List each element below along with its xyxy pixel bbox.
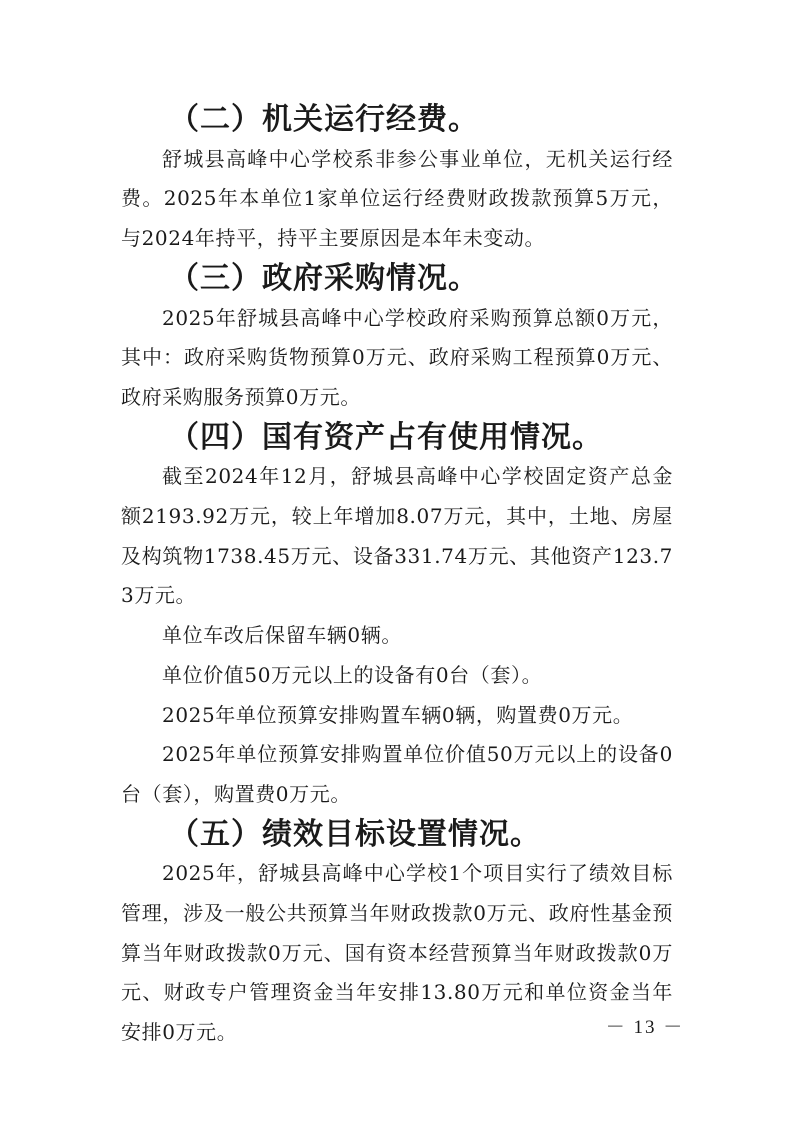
section-heading-state-assets: （四）国有资产占有使用情况。 [121,418,673,458]
section-heading-agency-operating-costs: （二）机关运行经费。 [121,100,673,140]
page-number: － 13 － [600,1012,690,1039]
paragraph: 舒城县高峰中心学校系非参公事业单位，无机关运行经费。2025年本单位1家单位运行… [121,140,673,259]
paragraph: 2025年单位预算安排购置单位价值50万元以上的设备0台（套），购置费0万元。 [121,735,673,814]
paragraph: 单位价值50万元以上的设备有0台（套）。 [121,656,673,696]
paragraph: 单位车改后保留车辆0辆。 [121,616,673,656]
section-heading-performance-goals: （五）绩效目标设置情况。 [121,815,673,855]
paragraph: 2025年单位预算安排购置车辆0辆，购置费0万元。 [121,696,673,736]
paragraph: 截至2024年12月，舒城县高峰中心学校固定资产总金额2193.92万元，较上年… [121,457,673,616]
document-page: （二）机关运行经费。 舒城县高峰中心学校系非参公事业单位，无机关运行经费。202… [121,100,673,1053]
paragraph: 2025年，舒城县高峰中心学校1个项目实行了绩效目标管理，涉及一般公共预算当年财… [121,854,673,1053]
section-heading-government-procurement: （三）政府采购情况。 [121,259,673,299]
paragraph: 2025年舒城县高峰中心学校政府采购预算总额0万元，其中：政府采购货物预算0万元… [121,299,673,418]
